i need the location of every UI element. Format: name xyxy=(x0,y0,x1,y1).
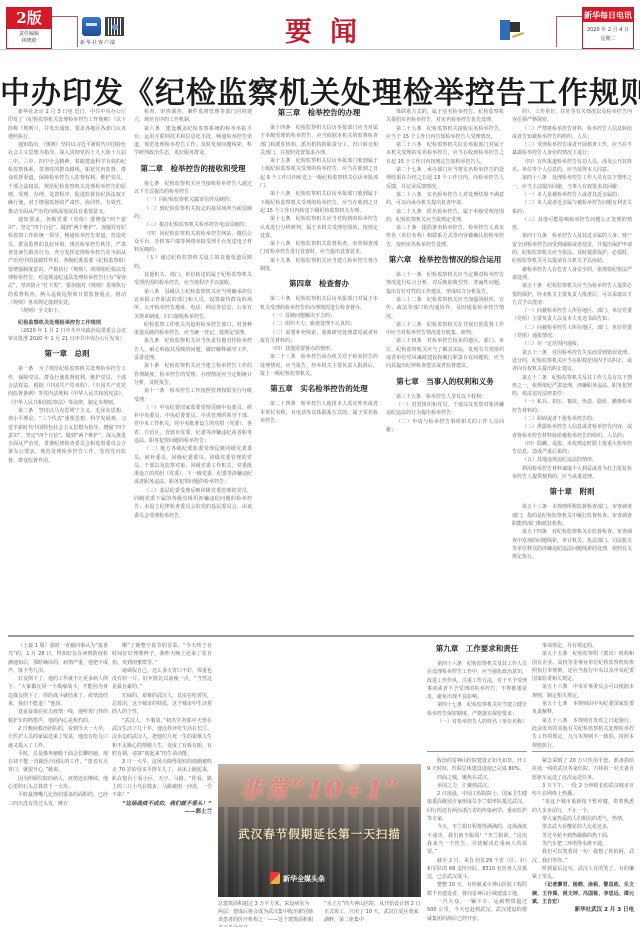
paragraph: 的），工作单位、住址等有关情况以及检举控告内容必须严格保密。 xyxy=(512,108,632,125)
article-clause: 第十一条 检举控告工作按照管理权限实行分级受理： xyxy=(134,387,252,404)
list-item: （三）其他可能影响检举控告问题公正处理的情形。 xyxy=(512,216,632,233)
section-divider xyxy=(8,635,634,637)
list-item: （三）拨打纪检监察机关检举控告电话反映的； xyxy=(134,221,252,229)
list-item: （一）对检举控告人的姓名（单位名称） xyxy=(427,718,527,726)
article-clause: 第十七条 纪检监察机关应当对收到的检举控告认真进行分析研判，属于本机关受理范围的… xyxy=(260,215,378,240)
article-column-4: 体联系方式的，属于实名检举控告。纪检监察机关提倡实名检举控告，对实名检举控告优先… xyxy=(386,108,504,633)
paragraph: 截至 2 日，来自全国 29 个省（区、市）和军队的 68 支医疗队、8310 … xyxy=(427,857,527,882)
feature-column-1: （上接 1 版）那时一直被同事认为“报喜鸟”的，1 月 28 日，得知好友在读到… xyxy=(8,642,108,922)
chapter-heading: 第六章 检举控告情况的综合运用 xyxy=(386,255,504,265)
list-item: （四）向纪检监察机关的检举控告网站、微信公众平台、手机客户端等网络举报受理平台发… xyxy=(134,230,252,255)
paragraph: 《规则》全文如下。 xyxy=(8,307,126,315)
feature-column-4: 紧急采购了 20 万只医用手套，准备捐给抗疫一线的武汉各家医院。吉林的一对夫妻自… xyxy=(532,757,634,922)
chapter-heading: 第一章 总则 xyxy=(8,349,126,359)
page-number: 2版 xyxy=(7,8,51,29)
page-number-box: 2版 责任编辑 林晓蔚 xyxy=(6,7,52,49)
article-clause: 第五十六条 中央军事委员会可以根据本规则，制定相关规定。 xyxy=(532,683,634,700)
paragraph: 被检举控告人有危害人身安全的，依规依纪依法严肃处理。 xyxy=(512,266,632,283)
article-clause: 第八条 县级以上纪检监察机关应当明确承担信访举报工作职责的部门和人员，设置接待群… xyxy=(134,288,252,321)
byline: ——郭士兰 xyxy=(112,808,212,816)
article-clause: 第十条 纪检监察机关应当建立检举控告工作的管理制度，检举控告的受理、办理情况应当… xyxy=(134,362,252,387)
caption-part-a: 总建筑面积超过 3 万平方米，采设病室为两层，建成后将会成为武汉集中收治新冠肺炎… xyxy=(218,900,314,927)
paragraph: 等过早轮不到热腾腾的热干面， xyxy=(532,832,634,840)
list-item: （五）通过纪检监察机关设立的其他渠道反映的。 xyxy=(134,254,252,271)
article-clause: 第五十七条 本规则由中央纪委国家监委负责解释。 xyxy=(532,700,634,717)
article-clause: 第一条 为了规范纪检监察机关处理检举控告工作，保障党员、群众行使监督权利，维护党… xyxy=(8,365,126,406)
chapter-heading: 第十章 附则 xyxy=(512,487,632,497)
article-clause: 第三十五条 检举控告人享有以下权利： xyxy=(386,393,504,401)
list-item: （一）向被检举控告人所在地区、部门、单位党委（党组）主要负责人以及本人发送书面告… xyxy=(512,307,632,324)
article-clause: 第九条 纪检监察机关应当负责任地对待检举控告人，耐心听取其反映的问题，做好解释疏… xyxy=(134,337,252,362)
paragraph: 带大家热爱的人们相信的勇气，热情。 xyxy=(532,815,634,823)
article-clause: 第十六条 纪检监察机关信访举报部门收到属于下级纪检监察机关受理的检举控告，应当在… xyxy=(260,190,378,215)
article-clause: 第五十三条 本规则所称监督检查部门、审查调查部门，指的是纪检监察机关中履行监督检… xyxy=(512,503,632,528)
photo-brand: 新华全媒头条 xyxy=(283,874,325,884)
paragraph: 通知指出，《规则》坚持以习近平新时代中国特色社会主义思想为指导，深入贯彻党的十九… xyxy=(8,141,126,216)
masthead-rule-left xyxy=(52,16,78,47)
list-item: （二）本人或者近亲属与被检举控告问题有利害关系的； xyxy=(512,199,632,216)
article-clause: 第十四条 纪检监察机关信访举报部门应当对属于本级受理的检举控告，应当依据本机关的… xyxy=(260,124,378,157)
xinhua-logo-icon xyxy=(270,872,280,884)
feature-column-2: 晒”了她整个春节的冒菜。“今天终于有时间好好理理辫子，我昨天晚上还来了张自拍，发… xyxy=(112,642,212,922)
chapter-heading: 第二章 检举控告的接收和受理 xyxy=(134,164,252,174)
paragraph: 2 日凌晨，中国工程院院士、国家卫生健康委高级别专家组成员李兰娟率队抵达武汉，同… xyxy=(427,790,527,823)
paragraph: 平时最馋嘴儿比你们要多的面粉的，已经三四天没有洗过头发，睡衣 xyxy=(8,791,108,808)
list-item: （二）向被检举控告人所在地区、部门、单位党委（党组）通报情况； xyxy=(512,324,632,341)
article-clause: 第七条 纪检监察机关应当接收检举控告人通过以下方式提出的检举控告： xyxy=(134,180,252,197)
list-item: （二）地方各级纪委监委受理反映同级党委委员、候补委员，同级纪委委员、同级党委管理… xyxy=(134,445,252,486)
caption-part-b: “水立方”的火神山医院，从开始设计到 2 日正式竣工，只用了 10 天。武汉江夏… xyxy=(324,900,421,924)
paragraph: 检查、审查调查、案件监督管理等部门同时建立，规范有序的工作机制。 xyxy=(134,108,252,125)
article-clause: 第四十七条 纪检监察机关应当建立健全检举控告保密制度，严格落实保密要求： xyxy=(427,701,527,718)
article-clause: 第五十二条 纪检监察机关及其工作人员有以下情形之一，依规依纪严肃处理，涉嫌职务违… xyxy=(512,374,632,399)
list-item: （三）受理检举控告或者开展核查工作，应当在不暴露检举控告人身份的情况下进行； xyxy=(512,141,632,158)
chapter-heading: 第三章 检举控告的办理 xyxy=(260,108,378,118)
reporter-credits: （记者廖君、杨晓、涂铭、黎昌政、乐文婉、王作葵、侯文坤、冯国栋、李思远、谭元斌、… xyxy=(532,881,634,906)
paragraph: 利用检举控告材料谋取个人利益或者为打击报复检举控告人提供便利的，应当从重处理。 xyxy=(512,465,632,482)
article-clause: 第五十八条 本规则自发布之日起施行。此前发布的其他有关纪检监察机关处理检举控告工… xyxy=(532,717,634,750)
article-clause: 第十五条 纪检监察机关信访举报部门收到属于上级纪检监察机关受理的检举控告，应当在… xyxy=(260,157,378,190)
masthead: 2版 责任编辑 林晓蔚 新华社客户端 要闻 新华每日电讯 2020 年 2 月 … xyxy=(0,0,640,50)
article-clause: 第二条 坚持以马克思列宁主义、毛泽东思想、邓小平理论、“三个代表”重要思想、科学… xyxy=(8,407,126,465)
article-column-3: 第三章 检举控告的办理 第十四条 纪检监察机关信访举报部门应当对属于本级受理的检… xyxy=(260,108,378,633)
paragraph: 她调侃自己，这么多天胃口不好，体重也没有轻一斤，好歹脸比以前瘦一点，“当然这是最… xyxy=(112,667,212,692)
paragraph: 今天，李兰娟日程排得满满的。这场战疫不成功，我们就不服周！“李兰娟说。“这次我来… xyxy=(427,823,527,856)
section-title: 要闻 xyxy=(285,10,375,49)
list-item: （一）对党组织和党员、干部以及监察对象涉嫌违纪违法的行为提出检举控告； xyxy=(386,401,504,418)
article-clause: 第二十五条 纪检监察机关接收实名检举控告，应当于 15 个工作日内告知检举控告人… xyxy=(386,125,504,142)
paragraph: 通知要求，各级党委（党组）要增强“四个意识”、坚定“四个自信”、做到“两个维护”… xyxy=(8,216,126,307)
article-clause: 第四十九条 检举控告人及其近亲属的人身、财产安全因检举控告而受到威胁或者侵害，并… xyxy=(512,232,632,265)
app-logo-icon xyxy=(82,17,101,36)
list-item: （五）其他违规违纪违法的情形。 xyxy=(512,456,632,464)
article-clause: 第五十一条 对因检举控告失实而受到错误处理、处分的，纪检监察机关应当在职权范围内… xyxy=(512,349,632,374)
paragraph: 举国之力，汇聚到武汉。 xyxy=(427,782,527,790)
list-item: （一）向纪检监察机关邮寄信件反映的； xyxy=(134,196,252,204)
article-clause: 第二十七条 承办部门应当将实名检举控告的处理结果在办结之日起 15 个工作日内，… xyxy=(386,166,504,191)
photo-subtitle: 武汉春节假期延长第一天扫描 xyxy=(218,826,421,842)
paragraph: 事项规定，另有规定的。 xyxy=(532,642,634,650)
quote: “这场战疫不成功，我们就不垂头！” xyxy=(112,800,212,808)
issue-date: 2020 年 2 月 4 日 xyxy=(583,26,633,35)
article-clause: 第六条 建设覆盖纪检监察系统的检举举报平台，运用互联网技术和信息化手段，畅通检举… xyxy=(134,125,252,158)
article-clause: 第四十八条 处理检举控告工作人员有以下情形之一，应当主动提出回避，当事人有权要求… xyxy=(512,174,632,191)
editor-label: 责任编辑 xyxy=(7,29,51,38)
article-clause: 第二十八条 实名检举控告人对处理结果不满意的，可以向承办机关提出复查申请。 xyxy=(386,191,504,208)
article-clause: 第二十六条 纪检监察机关信访举报部门对属于本机关受理的实名检举控告，应当在收到检… xyxy=(386,141,504,166)
photo-title: 非常“10+1” xyxy=(218,770,421,805)
paragraph: 紧急采购了 20 万只医用手套，准备捐给抗疫一线的武汉各家医院。吉林的一对夫妻自… xyxy=(532,757,634,782)
lead-paragraph: 新华社北京 2 月 3 日电 近日，中共中央办公厅印发了《纪检监察机关处理检举控… xyxy=(8,108,126,141)
rule-title: 纪检监察机关处理检举控告工作规则 xyxy=(8,319,126,327)
paragraph: 收治的雷神山医院建设正如火如荼。开工 9 天时间，医院总体建设进度已完成 80%… xyxy=(427,757,527,774)
paragraph: 一汽大众、一辆卡车、运载物资超过 500 公里，今天也赶到武汉。武汉建设的德威集… xyxy=(427,898,527,922)
article-clause: 第二十九条 匿名检举控告，属于本级受理范围的，纪检监察机关应当按规定受理。 xyxy=(386,208,504,225)
article-clause: 第三十一条 纪检监察机关应当定期对检举控告情况进行综合分析，对反映的典型性、普遍… xyxy=(386,271,504,296)
headline: 中办印发《纪检监察机关处理检举控告工作规则》 xyxy=(0,68,640,112)
article-column-1: 新华社北京 2 月 3 日电 近日，中共中央办公厅印发了《纪检监察机关处理检举控… xyxy=(8,108,126,633)
paragraph: 忙碌的，艰难的武汉人，其实在吃着哭，忍着泪，这个城市的特质，这个城市中生活着的人… xyxy=(112,692,212,717)
article-clause: 第二十四条 检举控告人使用本人真实姓名或者本单位名称，有电话等具体联系方式的，属… xyxy=(260,400,378,425)
list-item: （三）在一定范围内通报。 xyxy=(512,340,632,348)
paragraph: 听到最后这句，武汉人有的笑了，有的攥紧了拳头。 xyxy=(532,865,634,882)
dateline: 新华社武汉 2 月 3 日电 xyxy=(532,906,634,914)
paragraph: 好友倒下了，他的工作就不让更多病人倒下。“大家都在同一个战壕战斗，不能因为身边战… xyxy=(8,675,108,708)
list-item: （三）基层纪委受理反映同级党委管理的党员，同级党委下属的各级党组织涉嫌违纪问题的… xyxy=(134,487,252,520)
list-item: （二）严禁将检举控告材料、检举控告人信息转给或者告知被检举控告的组织、人员； xyxy=(512,125,632,142)
list-item: （四）隐瞒、谎报、未按规定时限上报重大检举控告信息，造成严重后果的； xyxy=(512,440,632,457)
article-column-2: 检查、审查调查、案件监督管理等部门同时建立，规范有序的工作机制。 第六条 建设覆… xyxy=(134,108,252,633)
article-column-6: 的），工作单位、住址等有关情况以及检举控告内容必须严格保密。 （二）严禁将检举控… xyxy=(512,108,632,633)
list-item: （三）需要补充线索，重新研究处理意见或者补报有关材料的； xyxy=(260,329,378,346)
article-clause: 第三十四条 对检举控告较多的地区、部门、单位，纪检监察机关应当了解其实际，发现有… xyxy=(386,337,504,370)
article-clause: 第五十四条 对纪检监察机关在监督检查、审查调查中发现的问题线索，审计机关、执法部… xyxy=(512,528,632,561)
list-item: （三）泄露检举控告人信息或者检举控告内容，或者将检举控告材料转给被检举控告的组织… xyxy=(512,423,632,440)
chapter-heading: 第五章 实名检举控告的处理 xyxy=(260,384,378,394)
paper-name: 新华每日电讯 xyxy=(583,8,633,22)
article-clause: 第二十三条 检举控告承办机关对于检举控告的处理情况，应当报告，经本机关主要负责人… xyxy=(260,353,378,378)
paragraph: 四面之城，聚焦在武汉。 xyxy=(427,774,527,782)
news-logo-icon xyxy=(500,20,524,40)
list-item: （二）申请与检举控告事项相关的工作人员回避； xyxy=(386,418,504,435)
masthead-rule-right xyxy=(556,16,582,47)
article-clause: 第五十条 纪检监察机关应当为检举控告人提供必要的保护，经本机关主要负责人批准后，… xyxy=(512,282,632,307)
list-item: （一）中央纪委国家监委受理反映中央委员、候补中央委员、中央纪委委员、中央管理的领… xyxy=(134,404,252,445)
article-clause: 第三十二条 纪检监察机关应当加强同组织、宣传、政法等部门的沟通协作，及时通报检举… xyxy=(386,296,504,321)
paragraph: 等汽车把二环堵得水泄不通。 xyxy=(532,840,634,848)
paragraph: “武汉人，不服周，”初名学者那中天曾在武汉生活了几十年，他这样评价生活在长江、汉… xyxy=(112,717,212,758)
paragraph: 晒”了她整个春节的冒菜。“今天终于有时间好好理理辫子，我昨天晚上还来了张自拍，发… xyxy=(112,642,212,667)
list-item: （二）阻碍或者干扰检举控告的； xyxy=(512,415,632,423)
list-item: （一）本人是被检举控告人或者其近亲属的； xyxy=(512,191,632,199)
date-box: 新华每日电讯 2020 年 2 月 4 日 星期二 xyxy=(582,7,634,49)
paragraph: （上接 1 版）那时一直被同事认为“报喜鸟”的，1 月 28 日，得知好友在读到… xyxy=(8,642,108,675)
paragraph: 3 日下午，一段 2 分钟时长的武汉城市宣传片在网络上热播。 xyxy=(532,782,634,799)
feature-photo[interactable]: 非常“10+1” 武汉春节假期延长第一天扫描 新华全媒头条 xyxy=(218,764,421,897)
rule-meta: （2020 年 1 月 2 日中共中央政治局常委会会议审议批准 2020 年 1… xyxy=(8,327,126,343)
chapter-heading: 第四章 检查督办 xyxy=(260,279,378,289)
article-clause: 第十九条 纪检监察机关应当建立检举控告督办制度。 xyxy=(260,257,378,274)
paragraph: 因为照顾住院的病人，疫情还在继续。他心里的石头总算放下一大块。 xyxy=(8,775,108,792)
article-clause: 第十八条 纪检监察机关监督检查、审查调查部门对检举控告进行处置时，应当提出处置意… xyxy=(260,240,378,257)
paragraph: 其他机关、部门、单位转送的属于纪检监察机关受理范围的检举控告，应当按程序予以接收… xyxy=(134,271,252,288)
list-item: （四）宣传报道检举控告有功人员，涉及公开其姓名、单位等个人信息的，应当征得本人同… xyxy=(512,158,632,175)
rules-continuation-column-5: 第九章 工作要求和责任 第四十六条 纪检监察机关及其工作人员在处理检举控告工作中… xyxy=(427,642,527,752)
article-clause: 第四十六条 纪检监察机关及其工作人员在处理检举控告工作中，应当强化政治意识，改进… xyxy=(427,660,527,701)
issue-weekday: 星期二 xyxy=(583,35,633,44)
article-clause: 第三十三条 纪检监察机关在开展日常监督工作中应当对检举控告情况进行收集、研判。 xyxy=(386,321,504,338)
paragraph: 平时，总是像奔驰般干面会长聊的她，现在却不能一直跟医疗团队的工作。“患者有点胃口… xyxy=(8,750,108,775)
list-item: （一）反映问题解决不力的； xyxy=(260,312,378,320)
list-item: （二）组织不力，致使处理不认真的； xyxy=(260,320,378,328)
paragraph: “每这个城市重新按下暂停键，带着熟悉的人步步前行，不止一个。 xyxy=(532,798,634,815)
paragraph: 体联系方式的，属于实名检举控告。纪检监察机关提倡实名检举控告，对实名检举控告优先… xyxy=(386,108,504,125)
paragraph: 带去武大看樱花的人比花还多， xyxy=(532,823,634,831)
paragraph: 2 日晚间救治团队的，看到今天一大早，让医护人员的家属送来了饭菜，他没有吃几口就… xyxy=(8,725,108,750)
list-item: （一）私存、扣压、篡改、伪造、隐匿、撤换检举控告材料的； xyxy=(512,398,632,415)
article-clause: 第二十条 纪检监察机关信访举报部门对属于本机关受理的检举控告的办理情况进行检查督… xyxy=(260,295,378,312)
paragraph: 3 日一大早，这场天降得很轻的雨刚被吹走 70 岁的母亲手推车儿了，从床上跑起来… xyxy=(112,758,212,799)
editor-name: 林晓蔚 xyxy=(7,38,51,45)
qr-code-icon[interactable] xyxy=(105,17,124,36)
article-clause: 第五十五条 纪检监察组（派出）机构和国有企业、高校等企事业单位纪检监察机构参照执… xyxy=(532,650,634,683)
feature-column-3: 收治的雷神山医院建设正如火如荼。开工 9 天时间，医院总体建设进度已完成 80%… xyxy=(427,757,527,922)
list-item: （二）到纪检监察机关指定的接待场所当面反映的； xyxy=(134,205,252,222)
list-item: （四）其他需要督办的情形。 xyxy=(260,345,378,353)
paragraph: 整整 10 天，有你就来火神山医院工程的数千名建设者，将向雷神山区域建设工地。 xyxy=(427,881,527,898)
paragraph: 我们可以笑着说一句：我想了你的阿，武汉，我们等你。” xyxy=(532,848,634,865)
chapter-heading: 第九章 工作要求和责任 xyxy=(427,644,527,654)
paragraph: 竟夜奋战在抗击疫情一线，他听着门外的救护车的鸣笛声，他的内心是焦灼的。 xyxy=(8,708,108,725)
rules-continuation-column-6: 事项规定，另有规定的。 第五十五条 纪检监察组（派出）机构和国有企业、高校等企事… xyxy=(532,642,634,752)
article-clause: 第三十条 提倡署名检举控告，检举控告人真实姓名（单位名称）和联系方式等内容被确认… xyxy=(386,224,504,249)
client-label: 新华社客户端 xyxy=(80,39,116,46)
chapter-heading: 第七章 当事人的权利和义务 xyxy=(386,377,504,387)
paragraph: 纪检监察工作机关内设的检举控告部门，对各种渠道反映的检举控告，应当统一登记，按规… xyxy=(134,321,252,338)
